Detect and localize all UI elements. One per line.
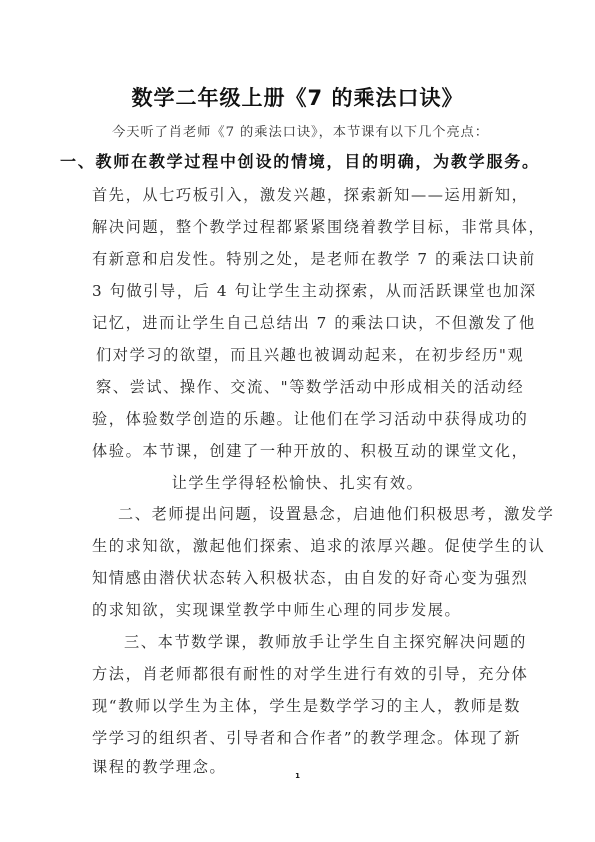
section-1-line: 验，体验数学创造的乐趣。让他们在学习活动中获得成功的 [92,409,504,429]
section-2-line: 的求知欲，实现课堂教学中师生心理的同步发展。 [92,600,504,620]
section-1-line: 解决问题，整个教学过程都紧紧围绕着教学目标，非常具体， [92,217,504,237]
section-2-line: 生的求知欲，激起他们探索、追求的浓厚兴趣。促使学生的认 [92,536,504,556]
section-1-line: 们对学习的欲望，而且兴趣也被调动起来，在初步经历"观 [96,345,504,365]
section-3-line: 方法，肖老师都很有耐性的对学生进行有效的引导，充分体 [92,664,504,684]
section-1-line: 3 句做引导，后 4 句让学生主动探索，从而活跃课堂也加深 [92,281,504,301]
section-3-line: 学学习的组织者、引导者和合作者”的教学理念。体现了新 [92,728,504,748]
document-title: 数学二年级上册《7 的乘法口诀》 [0,84,595,112]
section-2-line: 知情感由潜伏状态转入积极状态，由自发的好奇心变为强烈 [92,568,504,588]
section-3-line: 三、本节数学课，教师放手让学生自主探究解决问题的 [124,632,504,652]
section-1-heading: 一、教师在教学过程中创设的情境，目的明确，为教学服务。 [60,151,538,173]
section-2-line: 二、老师提出问题，设置悬念，启迪他们积极思考，激发学 [118,504,504,524]
section-1-line: 察、尝试、操作、交流、"等数学活动中形成相关的活动经 [96,377,504,397]
section-1-line: 记忆，进而让学生自己总结出 7 的乘法口诀，不但激发了他 [92,313,504,333]
intro-paragraph: 今天听了肖老师《7 的乘法口诀》，本节课有以下几个亮点： [112,124,489,142]
section-1-line: 有新意和启发性。特别之处，是老师在教学 7 的乘法口诀前 [92,249,504,269]
section-1-line: 让学生学得轻松愉快、扎实有效。 [0,473,595,493]
section-1-line: 体验。本节课，创建了一种开放的、积极互动的课堂文化， [92,441,504,461]
section-1-line: 首先，从七巧板引入，激发兴趣，探索新知——运用新知， [92,185,504,205]
document-page: 数学二年级上册《7 的乘法口诀》 今天听了肖老师《7 的乘法口诀》，本节课有以下… [0,0,595,842]
section-3-line: 现“教师以学生为主体，学生是数学学习的主人，教师是数 [92,696,504,716]
page-number: 1 [0,772,595,780]
